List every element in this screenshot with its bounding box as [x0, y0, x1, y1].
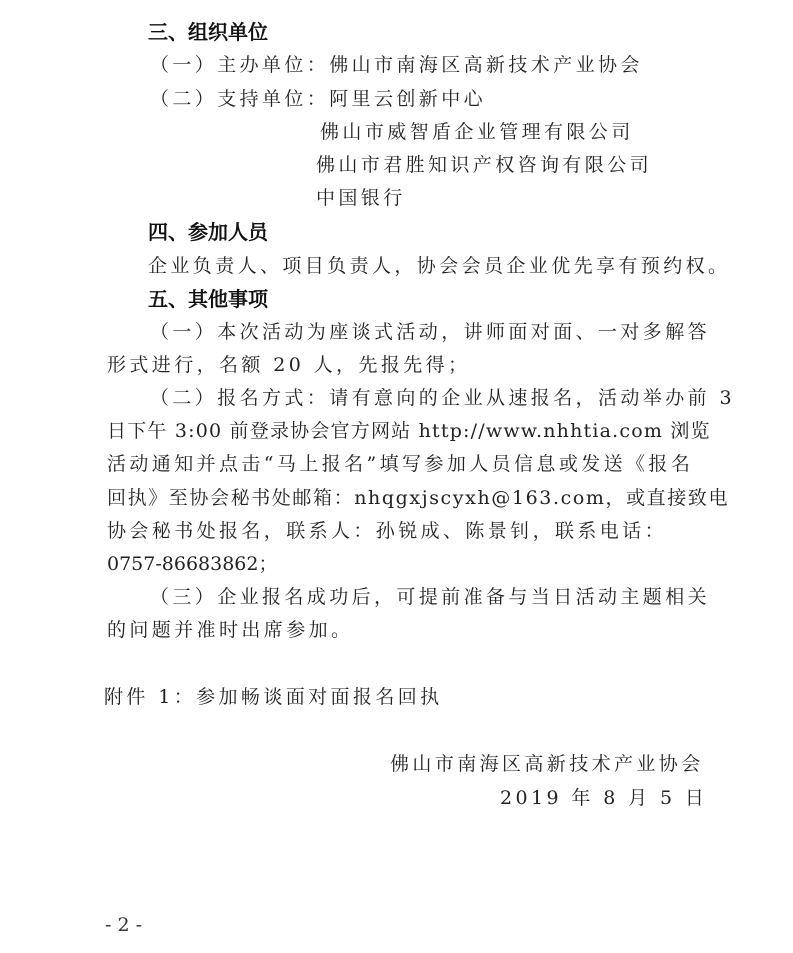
host-org: （一）主办单位：佛山市南海区高新技术产业协会: [150, 53, 643, 77]
item-2-line-1: （二）报名方式：请有意向的企业从速报名，活动举办前 3: [150, 386, 735, 410]
page-number: - 2 -: [105, 914, 142, 936]
item-2-line-6: 0757-86683862；: [107, 552, 277, 576]
item-3-line-2: 的问题并准时出席参加。: [107, 618, 353, 642]
item-3-line-1: （三）企业报名成功后，可提前准备与当日活动主题相关: [150, 585, 710, 609]
item-2-line-5: 协会秘书处报名，联系人：孙锐成、陈景钊，联系电话：: [107, 519, 667, 543]
support-org-2: 佛山市君胜知识产权咨询有限公司: [316, 153, 652, 177]
section-4-body: 企业负责人、项目负责人，协会会员企业优先享有预约权。: [148, 254, 730, 278]
signature-date: 2019 年 8 月 5 日: [500, 786, 707, 810]
section-5-heading: 五、其他事项: [148, 287, 268, 311]
signature-org: 佛山市南海区高新技术产业协会: [390, 752, 704, 776]
section-3-heading: 三、组织单位: [148, 20, 268, 44]
support-org-1: 佛山市威智盾企业管理有限公司: [320, 120, 634, 144]
item-1-line-1: （一）本次活动为座谈式活动，讲师面对面、一对多解答: [150, 320, 710, 344]
item-2-line-3: 活动通知并点击“马上报名”填写参加人员信息或发送《报名: [107, 452, 693, 476]
support-org-3: 中国银行: [316, 186, 406, 210]
section-4-heading: 四、参加人员: [148, 220, 268, 244]
item-2-line-2: 日下午 3:00 前登录协会官方网站 http://www.nhhtia.com…: [107, 419, 711, 443]
item-2-line-4: 回执》至协会秘书处邮箱：nhqgxjscyxh@163.com，或直接致电: [107, 486, 729, 510]
attachment-note: 附件 1：参加畅谈面对面报名回执: [104, 685, 443, 709]
item-1-line-2: 形式进行，名额 20 人，先报先得；: [107, 353, 470, 377]
support-label: （二）支持单位：阿里云创新中心: [150, 87, 486, 111]
